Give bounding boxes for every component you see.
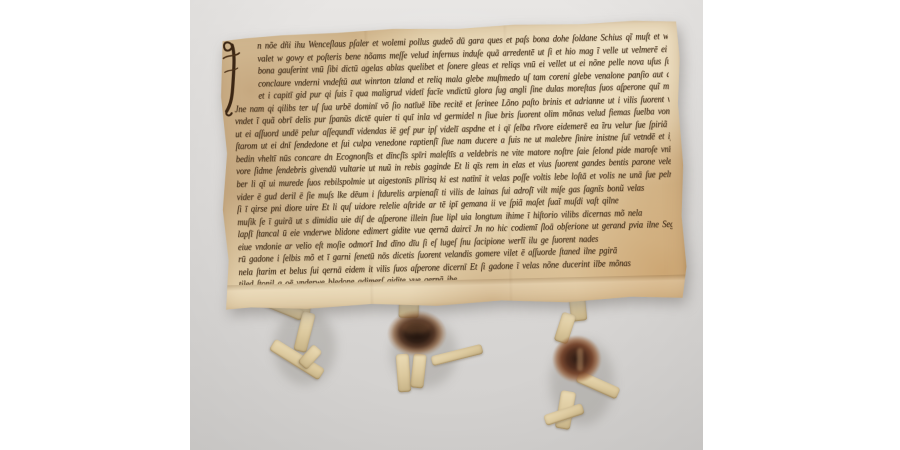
manuscript-text-block: n nõe dñi ihu Wenceſlaus pſaler et wolem… (233, 30, 674, 285)
parchment-sheet: n nõe dñi ihu Wenceſlaus pſaler et wolem… (217, 19, 688, 312)
right-seal-pendant (542, 295, 632, 435)
wax-seal (387, 310, 447, 362)
seal-ridge (577, 348, 583, 371)
illuminated-initial-icon (219, 38, 245, 119)
right-white-margin (703, 0, 900, 450)
parchment-surface: n nõe dñi ihu Wenceſlaus pſaler et wolem… (217, 19, 688, 312)
charter-photograph: n nõe dñi ihu Wenceſlaus pſaler et wolem… (190, 0, 703, 450)
left-white-margin (0, 0, 190, 450)
wax-seal (552, 335, 606, 385)
seal-highlight (401, 320, 431, 334)
